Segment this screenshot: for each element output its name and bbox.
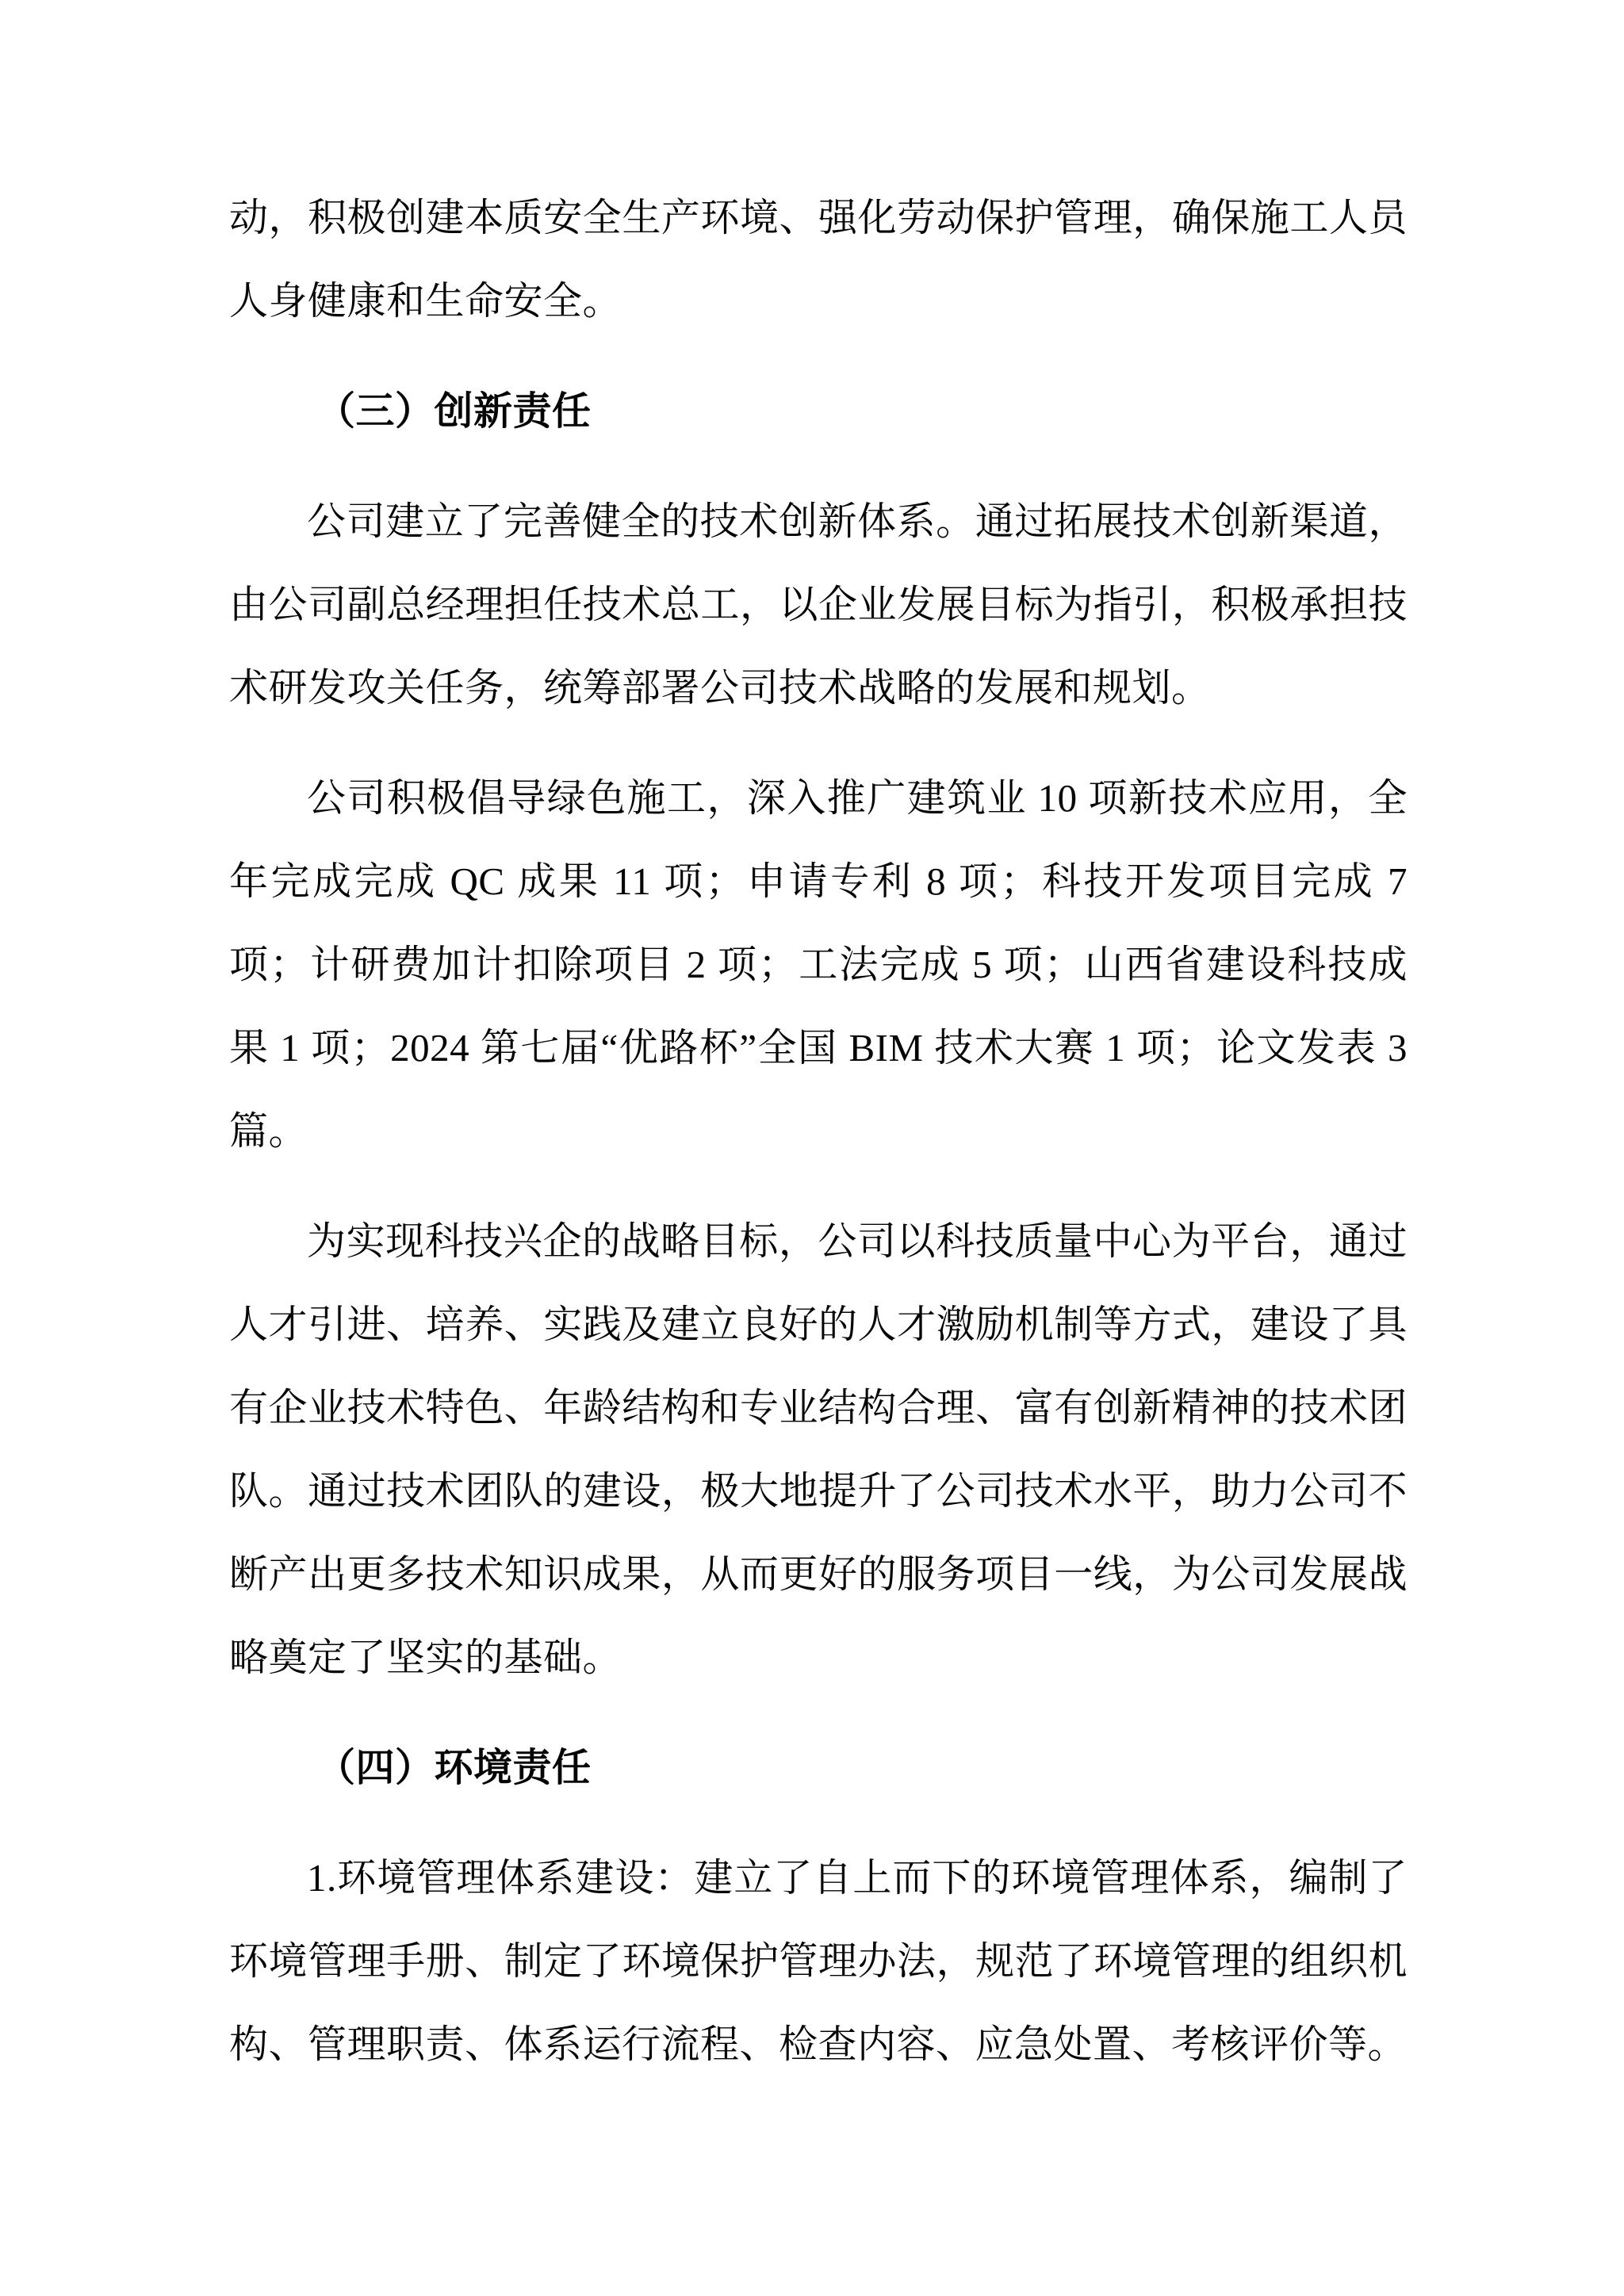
document-page: 动，积极创建本质安全生产环境、强化劳动保护管理，确保施工人员人身健康和生命安全。… bbox=[0, 0, 1624, 2296]
paragraph-environment-management-system: 1.环境管理体系建设：建立了自上而下的环境管理体系，编制了环境管理手册、制定了环… bbox=[229, 1836, 1408, 2086]
paragraph-green-construction-achievements: 公司积极倡导绿色施工，深入推广建筑业 10 项新技术应用，全年完成完成 QC 成… bbox=[229, 756, 1408, 1173]
document-body: 动，积极创建本质安全生产环境、强化劳动保护管理，确保施工人员人身健康和生命安全。… bbox=[229, 176, 1408, 2113]
section-heading-environment: （四）环境责任 bbox=[229, 1726, 1408, 1809]
paragraph-innovation-system: 公司建立了完善健全的技术创新体系。通过拓展技术创新渠道，由公司副总经理担任技术总… bbox=[229, 480, 1408, 729]
section-heading-innovation: （三）创新责任 bbox=[229, 369, 1408, 453]
paragraph-talent-team-building: 为实现科技兴企的战略目标，公司以科技质量中心为平台，通过人才引进、培养、实践及建… bbox=[229, 1200, 1408, 1699]
paragraph-safety-continuation: 动，积极创建本质安全生产环境、强化劳动保护管理，确保施工人员人身健康和生命安全。 bbox=[229, 176, 1408, 342]
